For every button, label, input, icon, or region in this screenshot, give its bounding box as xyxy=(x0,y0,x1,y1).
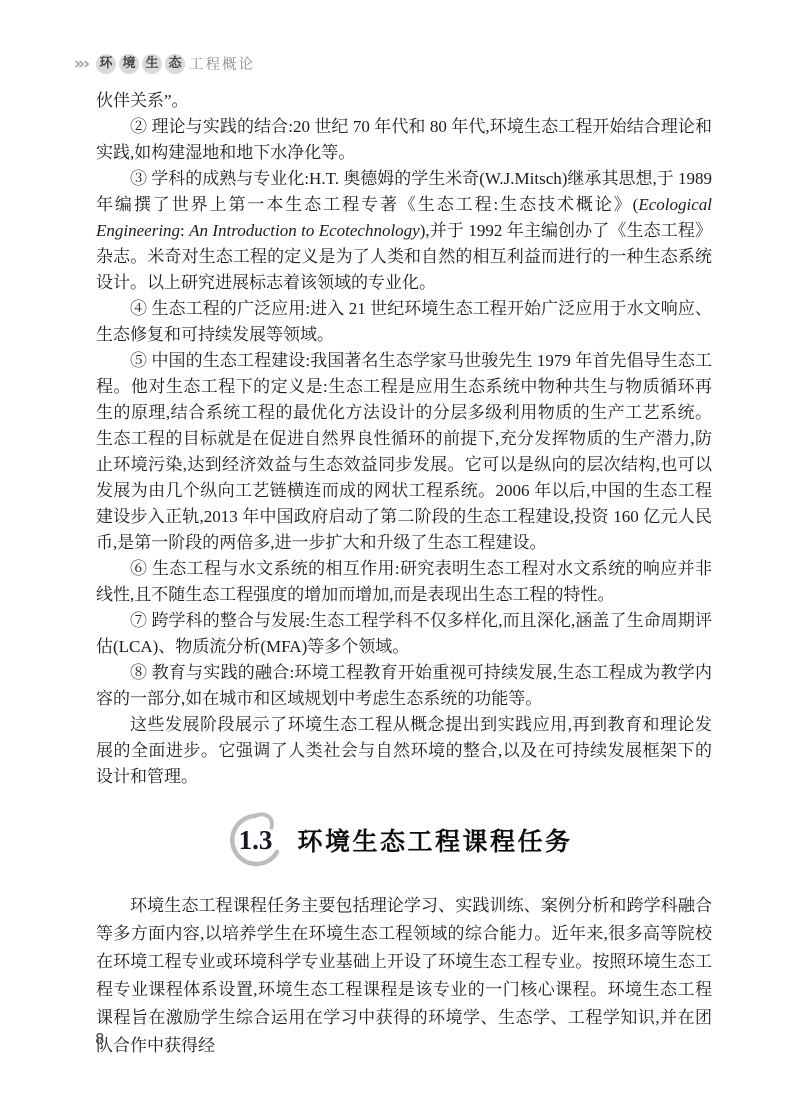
paragraph: ④ 生态工程的广泛应用:进入 21 世纪环境生态工程开始广泛应用于水文响应、生态… xyxy=(96,296,712,348)
text-run: ② 理论与实践的结合:20 世纪 70 年代和 80 年代,环境生态工程开始结合… xyxy=(96,117,712,162)
text-run: 伙伴关系”。 xyxy=(96,91,189,110)
paragraph: ⑦ 跨学科的整合与发展:生态工程学科不仅多样化,而且深化,涵盖了生命周期评估(L… xyxy=(96,608,712,660)
running-header: »› 环境生态 工程概论 xyxy=(74,53,255,74)
header-circled-char: 态 xyxy=(165,54,185,74)
chevrons-right-icon: »› xyxy=(74,54,88,74)
header-circled-char: 生 xyxy=(142,54,162,74)
text-run: ⑤ 中国的生态工程建设:我国著名生态学家马世骏先生 1979 年首先倡导生态工程… xyxy=(96,351,712,552)
paragraph: ⑥ 生态工程与水文系统的相互作用:研究表明生态工程对水文系统的响应并非线性,且不… xyxy=(96,556,712,608)
text-run: : xyxy=(180,221,189,240)
text-run: ⑦ 跨学科的整合与发展:生态工程学科不仅多样化,而且深化,涵盖了生命周期评估(L… xyxy=(96,611,712,656)
italic-text: An Introduction to Ecotechnology xyxy=(189,221,420,240)
header-circled-char: 环 xyxy=(96,54,116,74)
book-page: »› 环境生态 工程概论 伙伴关系”。② 理论与实践的结合:20 世纪 70 年… xyxy=(0,0,799,1114)
paragraph: ⑧ 教育与实践的融合:环境工程教育开始重视可持续发展,生态工程成为教学内容的一部… xyxy=(96,660,712,712)
section-heading: 1.3 环境生态工程课程任务 xyxy=(0,806,799,874)
text-run: ③ 学科的成熟与专业化:H.T. 奥德姆的学生米奇(W.J.Mitsch)继承其… xyxy=(96,169,712,214)
section-number: 1.3 xyxy=(239,825,273,856)
paragraph: 伙伴关系”。 xyxy=(96,88,712,114)
text-run: ⑥ 生态工程与水文系统的相互作用:研究表明生态工程对水文系统的响应并非线性,且不… xyxy=(96,559,712,604)
text-run: 这些发展阶段展示了环境生态工程从概念提出到实践应用,再到教育和理论发展的全面进步… xyxy=(96,715,712,786)
paragraph: ② 理论与实践的结合:20 世纪 70 年代和 80 年代,环境生态工程开始结合… xyxy=(96,114,712,166)
page-number: 8 xyxy=(95,1030,105,1048)
text-run: ⑧ 教育与实践的融合:环境工程教育开始重视可持续发展,生态工程成为教学内容的一部… xyxy=(96,663,712,708)
header-circled-char: 境 xyxy=(119,54,139,74)
body-paragraphs: 伙伴关系”。② 理论与实践的结合:20 世纪 70 年代和 80 年代,环境生态… xyxy=(96,88,712,790)
paragraph: 这些发展阶段展示了环境生态工程从概念提出到实践应用,再到教育和理论发展的全面进步… xyxy=(96,712,712,790)
paragraph: ⑤ 中国的生态工程建设:我国著名生态学家马世骏先生 1979 年首先倡导生态工程… xyxy=(96,348,712,556)
section-paragraphs: 环境生态工程课程任务主要包括理论学习、实践训练、案例分析和跨学科融合等多方面内容… xyxy=(96,892,712,1060)
text-run: 环境生态工程课程任务主要包括理论学习、实践训练、案例分析和跨学科融合等多方面内容… xyxy=(96,896,712,1055)
header-title-circled: 环境生态 xyxy=(96,54,185,74)
paragraph: 环境生态工程课程任务主要包括理论学习、实践训练、案例分析和跨学科融合等多方面内容… xyxy=(96,892,712,1060)
section-number-ornament: 1.3 xyxy=(226,811,284,869)
section-title: 环境生态工程课程任务 xyxy=(297,822,572,858)
header-title-rest: 工程概论 xyxy=(189,53,255,74)
text-run: ④ 生态工程的广泛应用:进入 21 世纪环境生态工程开始广泛应用于水文响应、生态… xyxy=(96,299,712,344)
paragraph: ③ 学科的成熟与专业化:H.T. 奥德姆的学生米奇(W.J.Mitsch)继承其… xyxy=(96,166,712,296)
